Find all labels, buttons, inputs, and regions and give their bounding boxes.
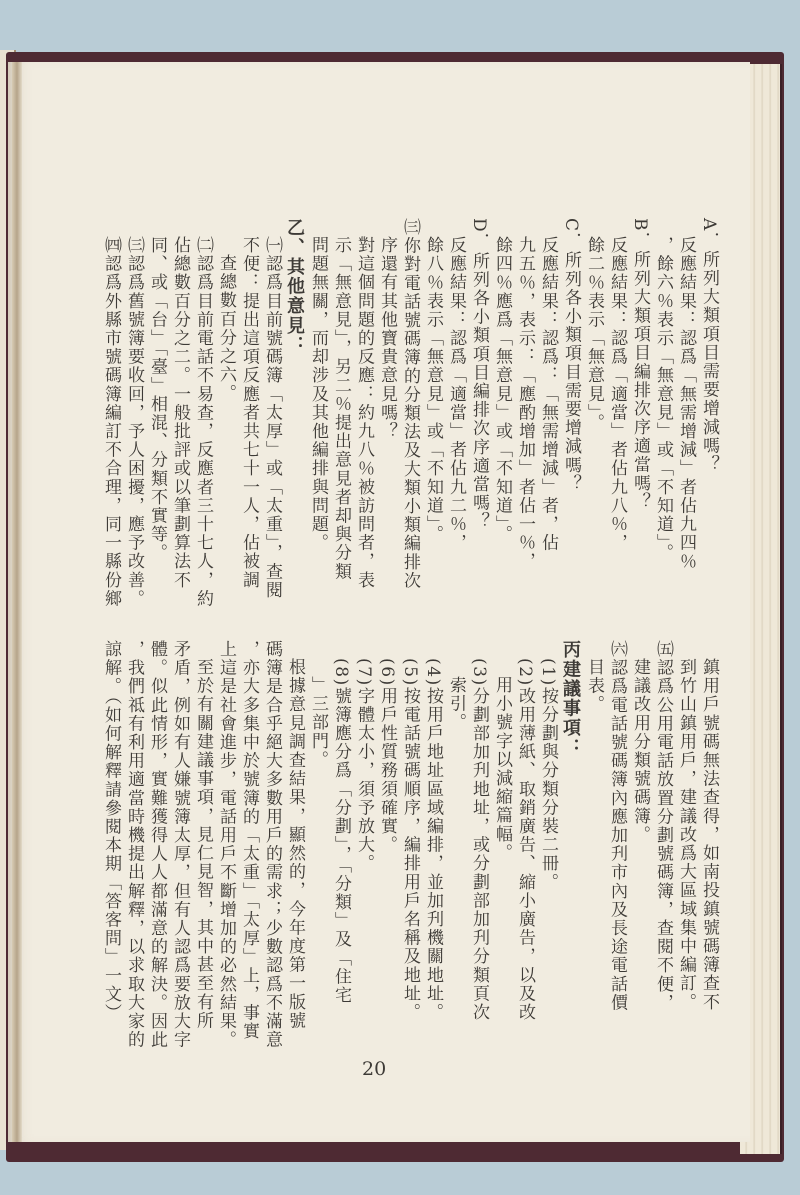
text-column: C．所列各小類項目需要增減嗎？ <box>559 218 582 618</box>
section-heading: 乙、其他意見： <box>283 218 306 618</box>
upper-text-block: A．所列大類項目需要增減嗎？反應結果：認爲「無需增減」者佔九四％，餘六％表示「無… <box>99 218 720 618</box>
text-column: A．所列大類項目需要增減嗎？ <box>697 218 720 618</box>
text-column: (5)按電話號碼順序，編排用戶名稱及地址。 <box>398 640 421 1050</box>
text-column: (3)分劃部加刋地址，或分劃部加刋分類頁次 <box>467 640 490 1050</box>
text-column: 九五％，表示：「應酌增加」者佔一％， <box>513 218 536 618</box>
text-column: (8)號簿應分爲「分劃」，「分類」及「住宅 <box>329 640 352 1050</box>
text-column: 序還有其他寶貴意見嗎？ <box>375 218 398 618</box>
text-column: ，亦大多集中於號簿的「太重」「太厚」上，事實 <box>237 640 260 1050</box>
text-column: ，我們祗有利用適當時機提出解釋，以求取大家的 <box>122 640 145 1050</box>
text-column: 同、或「台」「臺」相混、分類不實等。 <box>145 218 168 618</box>
text-column: (7)字體太小，須予放大。 <box>352 640 375 1050</box>
text-column: 對這個問題的反應：約九八％被訪問者，表 <box>352 218 375 618</box>
text-column: 體。似此情形，實難獲得人人都滿意的解決。因此 <box>145 640 168 1050</box>
section-heading: 丙建議事項： <box>559 640 582 1050</box>
text-column: 諒解。（如何解釋請參閱本期「答客問」一文） <box>99 640 122 1050</box>
text-column: 根據意見調查結果，顯然的，今年度第一版號 <box>283 640 306 1050</box>
text-column: 餘八％表示「無意見」或「不知道」。 <box>421 218 444 618</box>
text-column: 示「無意見」，另二％提出意見者却與分類 <box>329 218 352 618</box>
text-column: 鎮用戶號碼無法查得，如南投鎮號碼簿查不 <box>697 640 720 1050</box>
text-column: 餘二％表示「無意見」。 <box>582 218 605 618</box>
text-column: ㈢你對電話號碼簿的分類法及大類小類編排次 <box>398 218 421 618</box>
text-column: 佔總數百分之二。一般批評或以筆劃算法不 <box>168 218 191 618</box>
lower-text-block: 鎮用戶號碼無法查得，如南投鎮號碼簿查不到竹山鎮用戶，建議改爲大區域集中編訂。㈤認… <box>99 640 720 1050</box>
text-column: (6)用戶性質務須確實。 <box>375 640 398 1050</box>
text-column: 到竹山鎮用戶，建議改爲大區域集中編訂。 <box>674 640 697 1050</box>
text-column: 索引。 <box>444 640 467 1050</box>
text-column: ㈠認爲目前號碼簿「太厚」或「太重」，查閱 <box>260 218 283 618</box>
text-column: ㈤認爲公用電話放置分劃號碼簿，查閱不便， <box>651 640 674 1050</box>
text-column: D．所列各小類項目編排次序適當嗎？ <box>467 218 490 618</box>
text-column: B．所列大類項目編排次序適當嗎？ <box>628 218 651 618</box>
text-column: 反應結果：認爲：「無需增減」者，佔 <box>536 218 559 618</box>
text-column: ㈢認爲舊號簿要收回，予人困擾，應予改善。 <box>122 218 145 618</box>
text-column: 反應結果：認爲「適當」者佔九八％， <box>605 218 628 618</box>
text-column: (2)改用薄紙、取銷廣告、縮小廣告，以及改 <box>513 640 536 1050</box>
text-column: 上這是社會進步，電話用戶不斷增加的必然結果。 <box>214 640 237 1050</box>
text-column: (1)按分劃與分類分裝二冊。 <box>536 640 559 1050</box>
text-column: 問題無關，而却涉及其他編排與問題。 <box>306 218 329 618</box>
text-column: ㈥認爲電話號碼簿內應加刋市內及長途電話價 <box>605 640 628 1050</box>
text-column: ㈣認爲外縣市號碼簿編訂不合理，同一縣份鄉 <box>99 218 122 618</box>
text-column: ，餘六％表示「無意見」或「不知道」。 <box>651 218 674 618</box>
text-column: 不便：提出這項反應者共七十一人，佔被調 <box>237 218 260 618</box>
text-column: 至於有關建議事項，見仁見智，其中甚至有所 <box>191 640 214 1050</box>
text-column: 餘四％應爲「無意見」或「不知道」。 <box>490 218 513 618</box>
page-number: 20 <box>362 1058 386 1080</box>
text-column: 碼簿是合乎絕大多數用戶的需求；少數認爲不滿意 <box>260 640 283 1050</box>
text-column: 」三部門。 <box>306 640 329 1050</box>
text-column: 建議改用分類號碼簿。 <box>628 640 651 1050</box>
text-column: 反應結果：認爲「適當」者佔九二％， <box>444 218 467 618</box>
text-column: 矛盾，例如有人嫌號簿太厚，但有人認爲要放大字 <box>168 640 191 1050</box>
text-column: 目表。 <box>582 640 605 1050</box>
text-column: 反應結果：認爲「無需增減」者佔九四％ <box>674 218 697 618</box>
page-gutter <box>12 62 22 1142</box>
text-column: 查總數百分之六。 <box>214 218 237 618</box>
text-column: ㈡認爲目前電話不易查，反應者三十七人，約 <box>191 218 214 618</box>
text-column: (4)按用戶地址區域編排，並加刋機關地址。 <box>421 640 444 1050</box>
text-column: 用小號字以減縮篇幅。 <box>490 640 513 1050</box>
